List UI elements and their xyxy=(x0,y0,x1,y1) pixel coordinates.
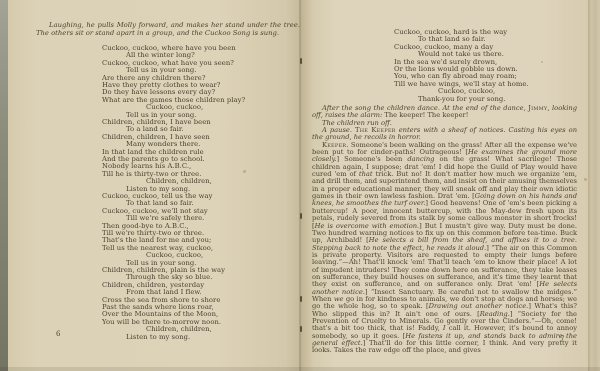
book-cover-edge xyxy=(0,0,8,371)
left-page: Laughing, he pulls Molly forward, and ma… xyxy=(8,0,300,371)
verse-right: Cuckoo, cuckoo, hard is the wayTo that l… xyxy=(394,29,529,103)
text-segment: The keeper! The keeper! xyxy=(384,111,468,119)
verse-1: Cuckoo, cuckoo, where have you beenAll t… xyxy=(102,45,245,119)
verse-4: Children, children, plain is the wayThro… xyxy=(102,267,225,341)
foxing-spot xyxy=(567,253,570,257)
bottom-shadow xyxy=(0,367,600,371)
book-scan: Laughing, he pulls Molly forward, and ma… xyxy=(0,0,600,371)
keeper-speech: Keeper. Someone's been walking on the gr… xyxy=(312,142,577,355)
right-text-column: After the song the children dance. At th… xyxy=(312,105,577,355)
foxing-spot xyxy=(541,61,543,63)
stage-direction-cuckoo-song: Laughing, he pulls Molly forward, and ma… xyxy=(36,22,300,38)
verse-2: Children, children, I have beenTo a land… xyxy=(102,119,212,193)
foxing-spot xyxy=(243,170,246,173)
text-segment: ] “The air on this Common is private pro… xyxy=(312,244,577,289)
stage-direction-dance: After the song the children dance. At th… xyxy=(312,105,577,120)
fore-edge-pages xyxy=(588,0,600,371)
page-number-left: 6 xyxy=(56,330,60,338)
foxing-spot xyxy=(584,178,587,181)
verse-3: Cuckoo, cuckoo, tell us the wayTo that l… xyxy=(102,193,213,267)
page-number-right: 7 xyxy=(560,335,564,343)
verse-line: Thank-you for your song. xyxy=(418,96,529,103)
right-page: Cuckoo, cuckoo, hard is the wayTo that l… xyxy=(302,0,588,371)
stage-direction-keeper-enters: A pause. The Keeper enters with a sheaf … xyxy=(312,127,577,142)
text-segment: Jimmy xyxy=(528,104,547,112)
verse-line: Listen to my song. xyxy=(126,334,225,341)
